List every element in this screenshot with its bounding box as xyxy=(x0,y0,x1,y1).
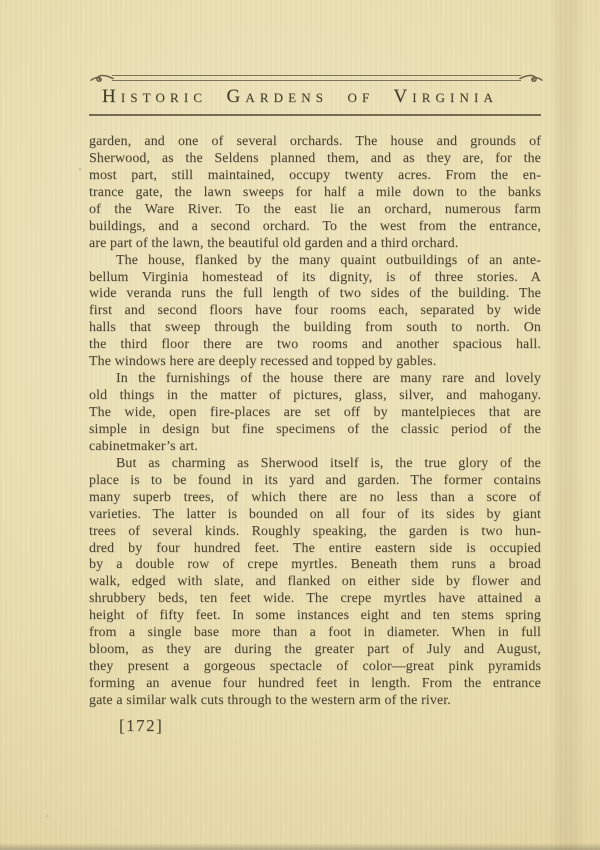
text-line: by a double row of crepe myrtles. Beneat… xyxy=(89,557,541,574)
text-line: the third floor there are two rooms and … xyxy=(89,337,541,354)
text-line: gate a similar walk cuts through to the … xyxy=(89,693,541,710)
page-title: Historic Gardens of Virginia xyxy=(89,86,541,108)
text-line: buildings, and a second orchard. To the … xyxy=(89,219,541,236)
page-number: [172] xyxy=(119,716,163,736)
text-line: dred by four hundred feet. The entire ea… xyxy=(89,541,541,558)
title-underline-rule xyxy=(89,114,541,116)
text-line: varieties. The latter is bounded on all … xyxy=(89,507,541,524)
text-line: many superb trees, of which there are no… xyxy=(89,490,541,507)
text-line: height of fifty feet. In some instances … xyxy=(89,608,541,625)
text-line: trance gate, the lawn sweeps for half a … xyxy=(89,185,541,202)
text-line: In the furnishings of the house there ar… xyxy=(89,371,541,388)
text-line: cabinetmaker’s art. xyxy=(89,439,541,456)
right-scroll-ornament-icon xyxy=(519,73,543,84)
text-line: shrubbery beds, ten feet wide. The crepe… xyxy=(89,591,541,608)
double-rule xyxy=(112,75,521,81)
text-line: place is to be found in its yard and gar… xyxy=(89,473,541,490)
body-text: garden, and one of several orchards. The… xyxy=(89,134,541,710)
text-line: garden, and one of several orchards. The… xyxy=(89,134,541,151)
text-line: forming an avenue four hundred feet in l… xyxy=(89,676,541,693)
text-line: wide veranda runs the full length of two… xyxy=(89,286,541,303)
text-line: simple in design but fine specimens of t… xyxy=(89,422,541,439)
text-line: are part of the lawn, the beautiful old … xyxy=(89,236,541,253)
text-line: The windows here are deeply recessed and… xyxy=(89,354,541,371)
text-line: walk, edged with slate, and flanked on e… xyxy=(89,574,541,591)
text-line: But as charming as Sherwood itself is, t… xyxy=(89,456,541,473)
header-ornament-rule xyxy=(90,72,543,84)
left-scroll-ornament-icon xyxy=(90,73,114,84)
text-line: trees of several kinds. Roughly speaking… xyxy=(89,524,541,541)
text-line: old things in the matter of pictures, gl… xyxy=(89,388,541,405)
text-line: The wide, open fire-places are set off b… xyxy=(89,405,541,422)
text-line: Sherwood, as the Seldens planned them, a… xyxy=(89,151,541,168)
text-line: they present a gorgeous spectacle of col… xyxy=(89,659,541,676)
text-line: most part, still maintained, occupy twen… xyxy=(89,168,541,185)
text-line: The house, flanked by the many quaint ou… xyxy=(89,253,541,270)
text-line: from a single base more than a foot in d… xyxy=(89,625,541,642)
book-page: Historic Gardens of Virginia garden, and… xyxy=(0,0,600,850)
text-line: first and second floors have four rooms … xyxy=(89,303,541,320)
text-line: halls that sweep through the building fr… xyxy=(89,320,541,337)
text-line: of the Ware River. To the east lie an or… xyxy=(89,202,541,219)
text-line: bellum Virginia homestead of its dignity… xyxy=(89,270,541,287)
text-line: bloom, as they are during the greater pa… xyxy=(89,642,541,659)
